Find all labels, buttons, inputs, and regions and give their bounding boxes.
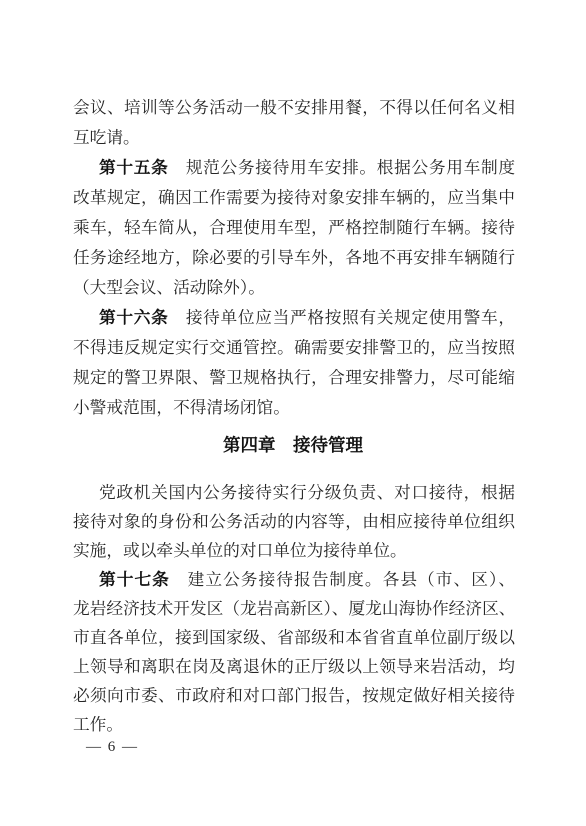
article-number: 第十五条 (99, 158, 168, 177)
text-line: 工作。 (73, 710, 515, 739)
text-line: 会议、培训等公务活动一般不安排用餐，不得以任何名义相 (73, 93, 515, 123)
chapter-heading: 第四章 接待管理 (0, 430, 586, 460)
text-line: 任务途经地方，除必要的引导车外，各地不再安排车辆随行 (73, 243, 515, 273)
paragraph-block-bottom: 党政机关国内公务接待实行分级负责、对口接待，根据接待对象的身份和公务活动的内容等… (73, 478, 515, 739)
document-page: 会议、培训等公务活动一般不安排用餐，不得以任何名义相互吃请。第十五条 规范公务接… (0, 0, 586, 826)
text-line: 第十七条 建立公务接待报告制度。各县（市、区）、 (73, 565, 515, 594)
text-line: 改革规定，确因工作需要为接待对象安排车辆的，应当集中 (73, 183, 515, 213)
text-line: 市直各单位，接到国家级、省部级和本省省直单位副厅级以 (73, 623, 515, 652)
text-line: 龙岩经济技术开发区（龙岩高新区）、厦龙山海协作经济区、 (73, 594, 515, 623)
text-line: 必须向市委、市政府和对口部门报告，按规定做好相关接待 (73, 681, 515, 710)
text-line: 规定的警卫界限、警卫规格执行，合理安排警力，尽可能缩 (73, 363, 515, 393)
text-line: 党政机关国内公务接待实行分级负责、对口接待，根据 (73, 478, 515, 507)
text-line: 上领导和离职在岗及离退休的正厅级以上领导来岩活动，均 (73, 652, 515, 681)
article-number: 第十六条 (99, 308, 168, 327)
text-line: 互吃请。 (73, 123, 515, 153)
text-line: 不得违反规定实行交通管控。确需要安排警卫的，应当按照 (73, 333, 515, 363)
text-line: 小警戒范围，不得清场闭馆。 (73, 393, 515, 423)
paragraph-block-top: 会议、培训等公务活动一般不安排用餐，不得以任何名义相互吃请。第十五条 规范公务接… (73, 93, 515, 423)
text-line: 接待对象的身份和公务活动的内容等，由相应接待单位组织 (73, 507, 515, 536)
text-line: 实施，或以牵头单位的对口单位为接待单位。 (73, 536, 515, 565)
text-line: 第十六条 接待单位应当严格按照有关规定使用警车， (73, 303, 515, 333)
page-number: — 6 — (86, 739, 139, 756)
text-line: 乘车，轻车简从，合理使用车型，严格控制随行车辆。接待 (73, 213, 515, 243)
article-number: 第十七条 (99, 570, 170, 589)
text-line: 第十五条 规范公务接待用车安排。根据公务用车制度 (73, 153, 515, 183)
text-line: （大型会议、活动除外）。 (73, 273, 515, 303)
